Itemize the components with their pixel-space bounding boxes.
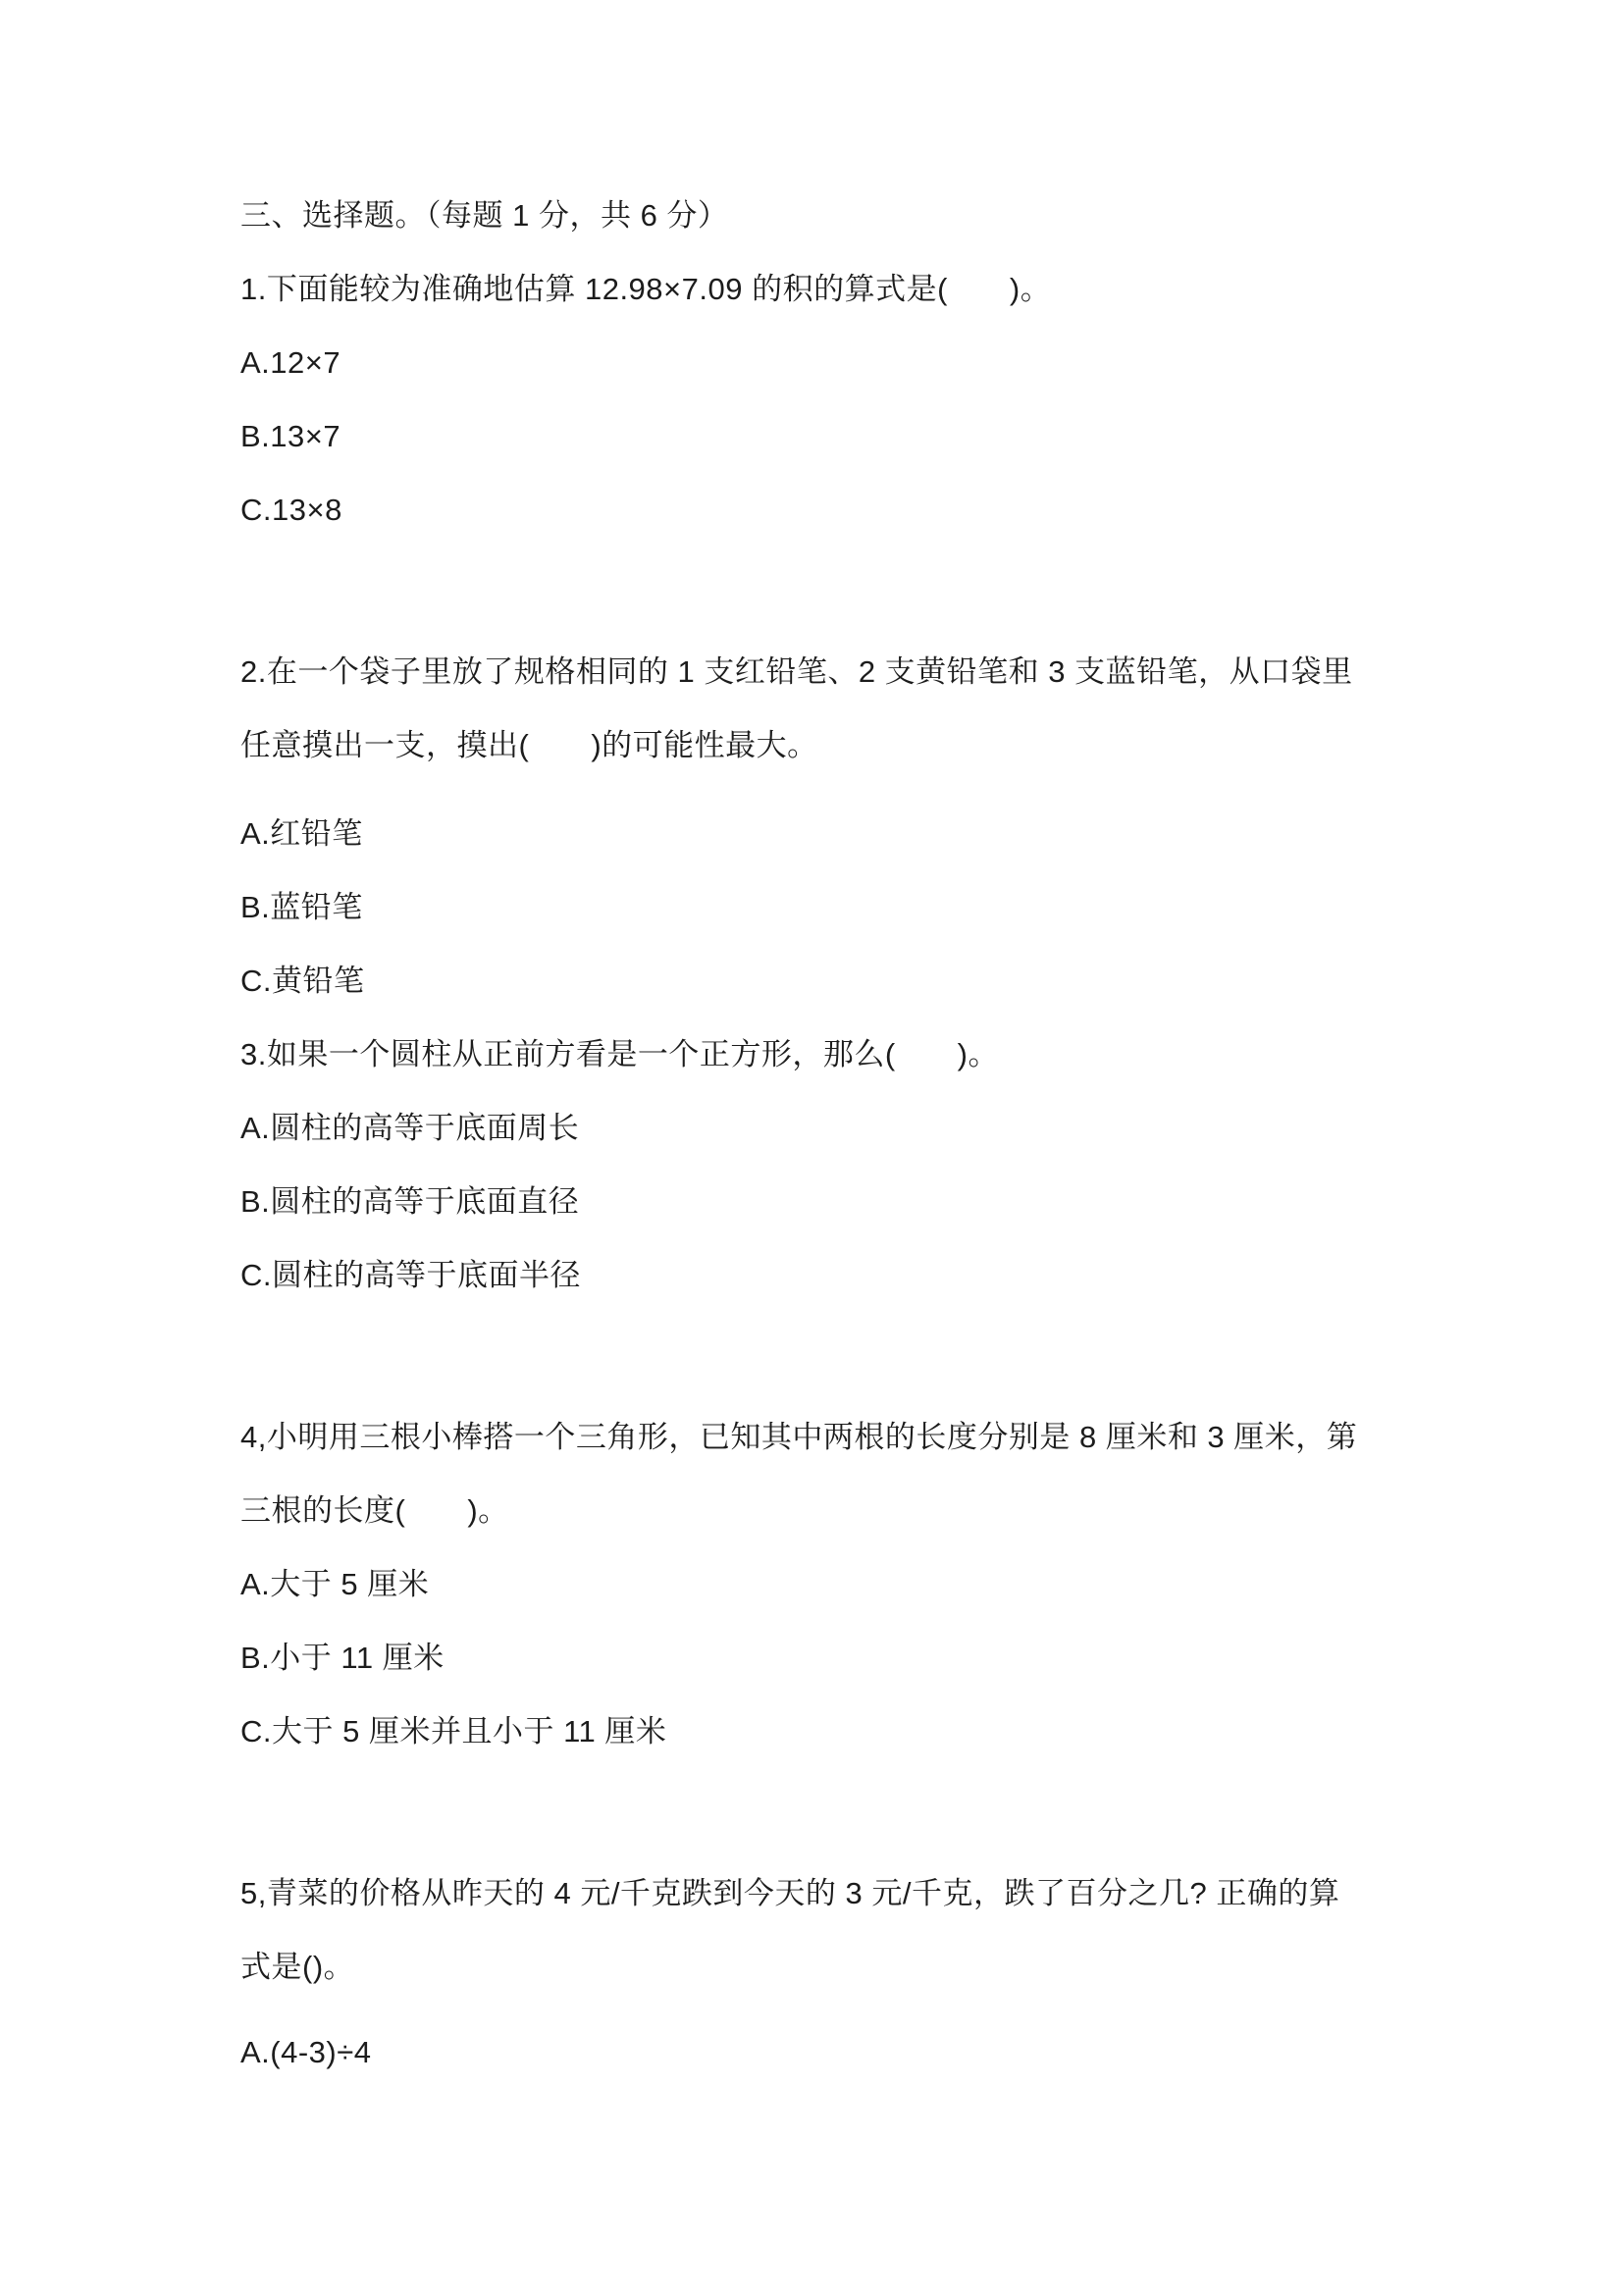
- question-4-stem-line-1: 4,小明用三根小棒搭一个三角形，已知其中两根的长度分别是 8 厘米和 3 厘米，…: [240, 1400, 1285, 1474]
- question-4-option-a: A.大于 5 厘米: [240, 1547, 1285, 1621]
- question-3-stem: 3.如果一个圆柱从正前方看是一个正方形，那么( )。: [240, 1018, 1285, 1091]
- question-1-option-a: A.12×7: [240, 326, 1285, 399]
- page-content: 三、选择题。（每题 1 分，共 6 分） 1.下面能较为准确地估算 12.98×…: [240, 0, 1285, 2089]
- question-5: 5,青菜的价格从昨天的 4 元/千克跌到今天的 3 元/千克，跌了百分之几? 正…: [240, 1856, 1285, 2089]
- test-paper-page: 三、选择题。（每题 1 分，共 6 分） 1.下面能较为准确地估算 12.98×…: [0, 0, 1623, 2296]
- question-4-stem-line-2: 三根的长度( )。: [240, 1474, 1285, 1547]
- question-3-option-c: C.圆柱的高等于底面半径: [240, 1238, 1285, 1312]
- question-4-option-c: C.大于 5 厘米并且小于 11 厘米: [240, 1695, 1285, 1768]
- question-2-stem-line-1: 2.在一个袋子里放了规格相同的 1 支红铅笔、2 支黄铅笔和 3 支蓝铅笔，从口…: [240, 635, 1285, 708]
- question-2-stem-line-2: 任意摸出一支，摸出( )的可能性最大。: [240, 708, 1285, 782]
- question-4-option-b: B.小于 11 厘米: [240, 1621, 1285, 1695]
- question-3-option-a: A.圆柱的高等于底面周长: [240, 1091, 1285, 1165]
- question-3: 3.如果一个圆柱从正前方看是一个正方形，那么( )。 A.圆柱的高等于底面周长 …: [240, 1018, 1285, 1312]
- block-gap: [240, 1312, 1285, 1400]
- question-2-option-b: B.蓝铅笔: [240, 870, 1285, 944]
- question-1: 1.下面能较为准确地估算 12.98×7.09 的积的算式是( )。 A.12×…: [240, 252, 1285, 547]
- question-5-option-a: A.(4-3)÷4: [240, 2015, 1285, 2089]
- question-3-option-b: B.圆柱的高等于底面直径: [240, 1165, 1285, 1238]
- question-2-option-c: C.黄铅笔: [240, 944, 1285, 1018]
- question-1-option-c: C.13×8: [240, 473, 1285, 547]
- question-1-option-b: B.13×7: [240, 399, 1285, 473]
- question-5-stem-line-1: 5,青菜的价格从昨天的 4 元/千克跌到今天的 3 元/千克，跌了百分之几? 正…: [240, 1856, 1285, 1930]
- question-1-stem: 1.下面能较为准确地估算 12.98×7.09 的积的算式是( )。: [240, 252, 1285, 326]
- question-2-option-a: A.红铅笔: [240, 797, 1285, 870]
- question-5-stem-line-2: 式是()。: [240, 1930, 1285, 2004]
- block-gap: [240, 1768, 1285, 1856]
- question-2: 2.在一个袋子里放了规格相同的 1 支红铅笔、2 支黄铅笔和 3 支蓝铅笔，从口…: [240, 635, 1285, 1018]
- section-header: 三、选择题。（每题 1 分，共 6 分）: [240, 179, 1285, 252]
- block-gap: [240, 547, 1285, 635]
- question-4: 4,小明用三根小棒搭一个三角形，已知其中两根的长度分别是 8 厘米和 3 厘米，…: [240, 1400, 1285, 1768]
